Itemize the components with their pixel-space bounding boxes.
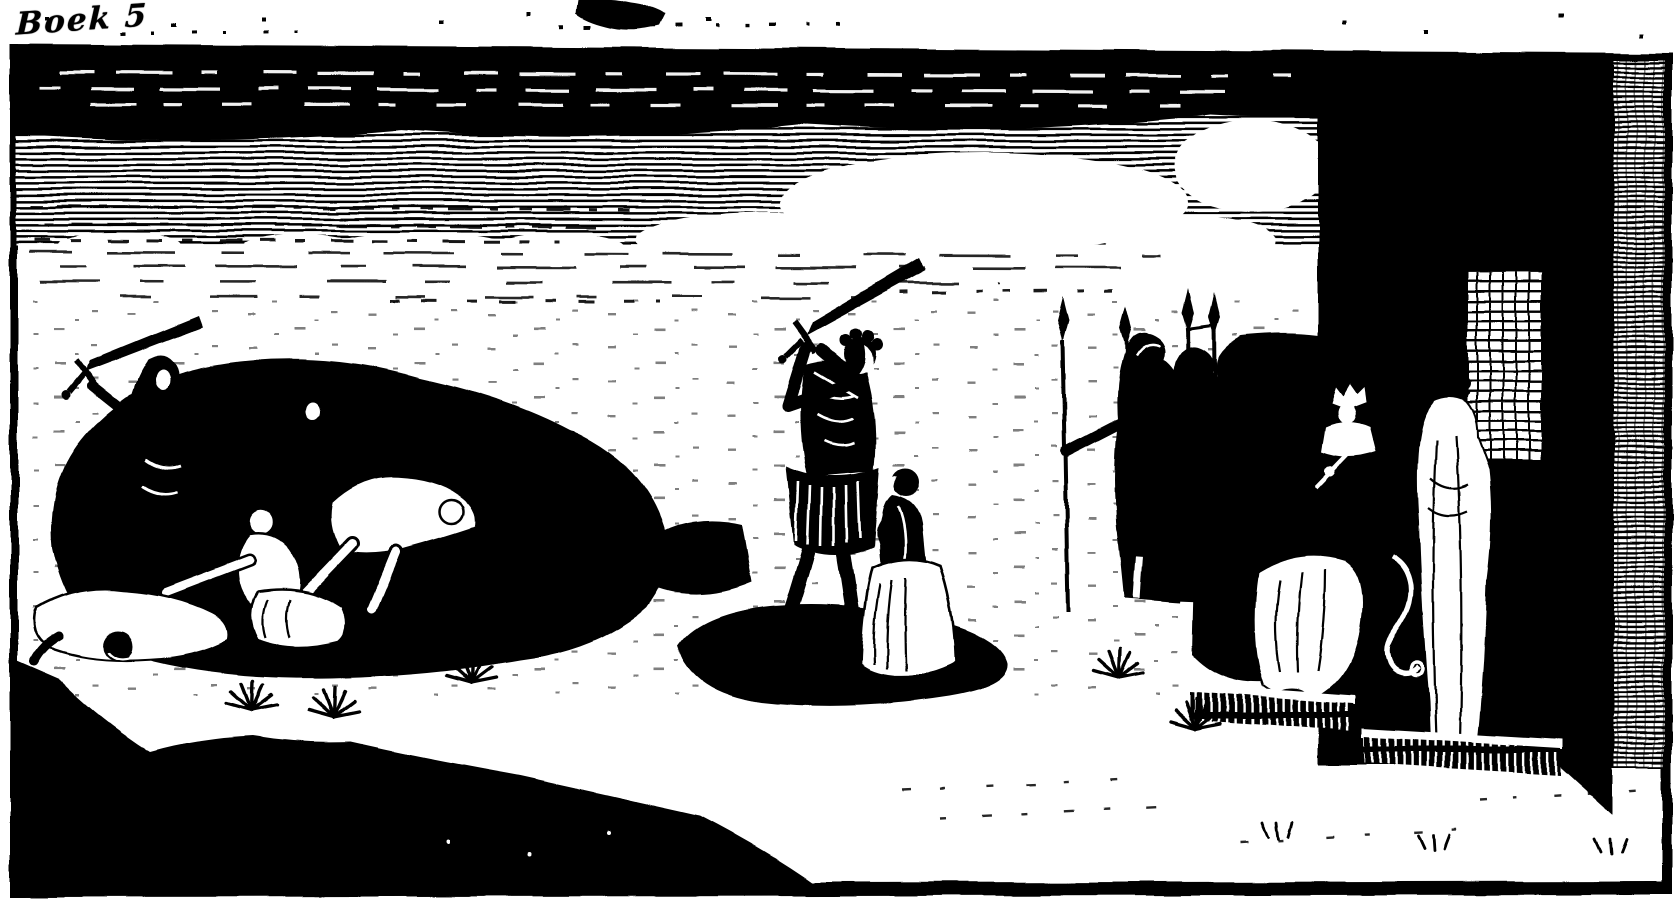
club-attacker-face: [305, 402, 319, 419]
shadow-knoll: [648, 520, 752, 594]
engraving-plate: [0, 0, 1680, 909]
engraving-scan: Boek 5: [0, 0, 1680, 909]
left-swordsman-face: [156, 371, 171, 390]
king-face: [1338, 403, 1356, 425]
palace-doorway-brickwork: [1468, 270, 1542, 462]
executioner-torso: [800, 360, 875, 479]
stone-column: [1612, 60, 1664, 768]
